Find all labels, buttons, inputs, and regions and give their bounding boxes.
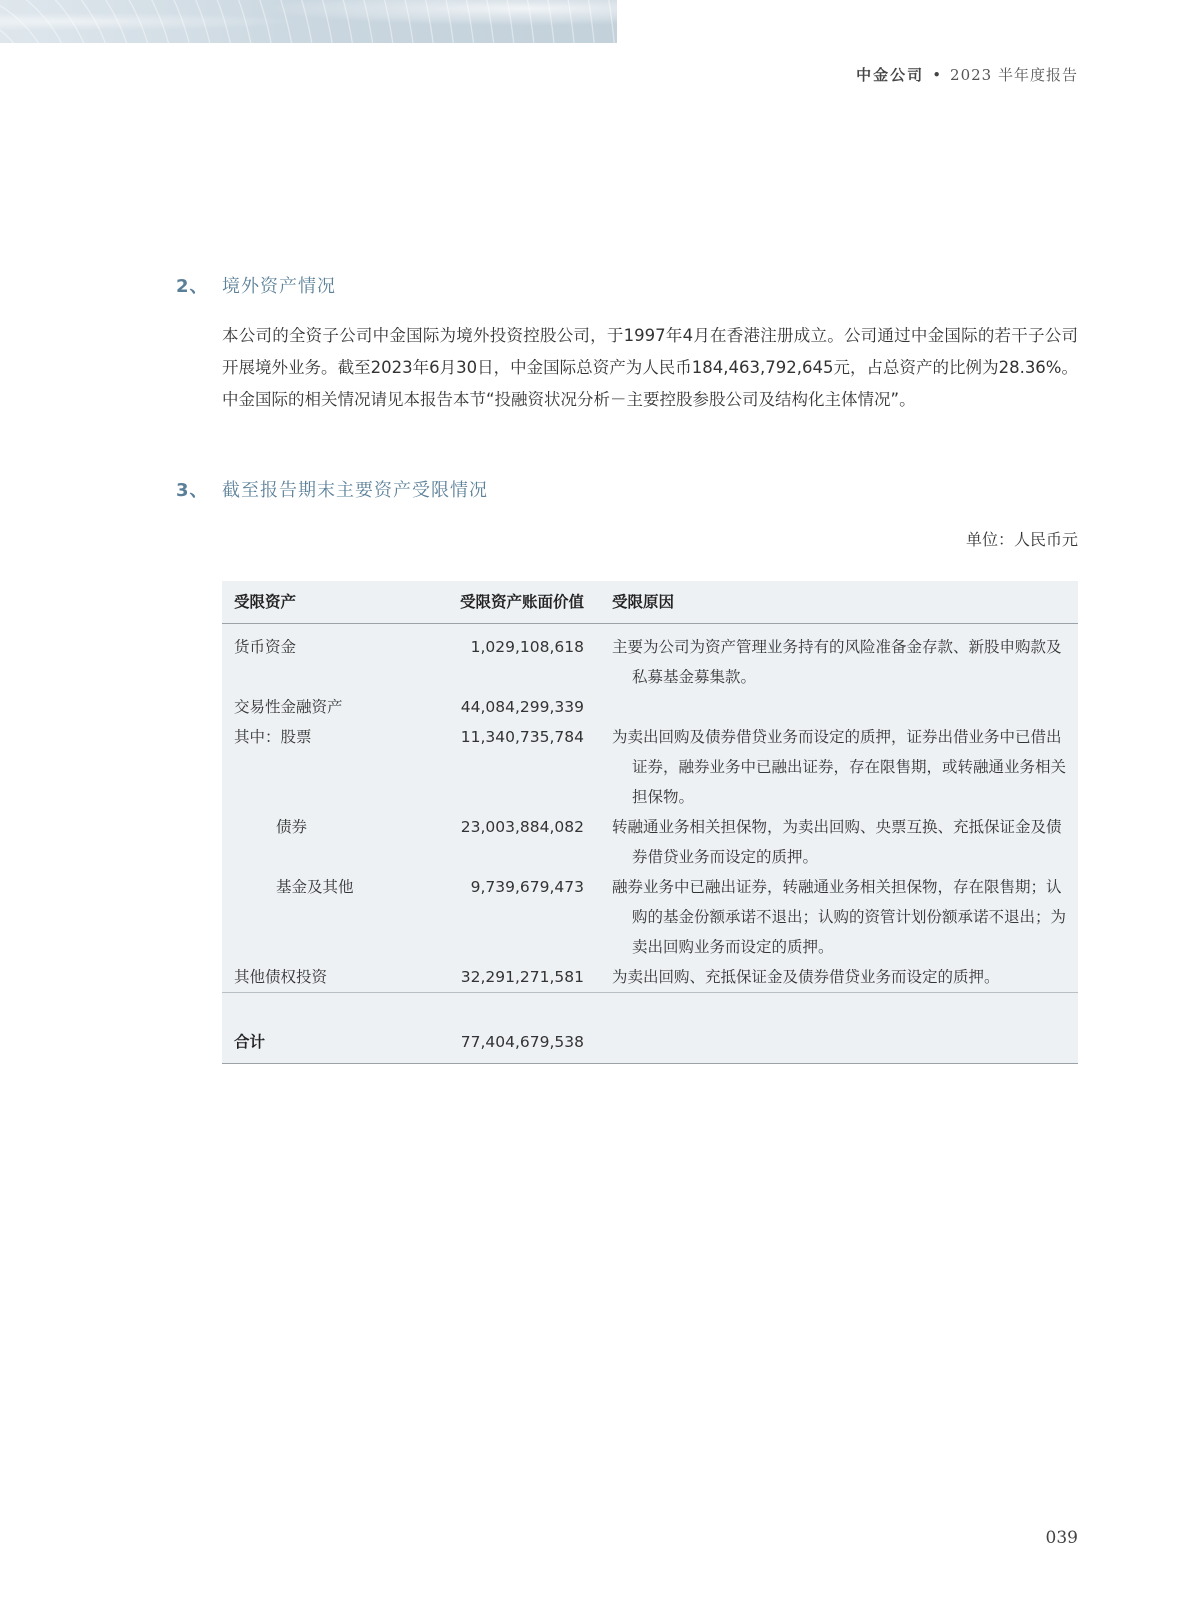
running-header: 中金公司•2023 半年度报告 [856, 64, 1078, 85]
column-header-value: 受限资产账面价值 [404, 581, 612, 624]
total-row: 合计 77,404,679,538 [222, 1027, 1078, 1064]
value-cell: 9,739,679,473 [404, 872, 612, 962]
table-row: 债券 23,003,884,082 转融通业务相关担保物，为卖出回购、央票互换、… [222, 812, 1078, 872]
total-reason-empty [612, 1027, 1078, 1064]
reason-cell: 为卖出回购、充抵保证金及债券借贷业务而设定的质押。 [612, 962, 1072, 992]
total-spacer-row [222, 993, 1078, 1028]
restricted-assets-table: 受限资产 受限资产账面价值 受限原因 货币资金 1,029,108,618 主要… [222, 581, 1078, 1064]
value-cell: 23,003,884,082 [404, 812, 612, 872]
asset-cell: 其他债权投资 [222, 962, 404, 993]
table-row: 其他债权投资 32,291,271,581 为卖出回购、充抵保证金及债券借贷业务… [222, 962, 1078, 993]
reason-cell: 主要为公司为资产管理业务持有的风险准备金存款、新股申购款及私募基金募集款。 [612, 632, 1072, 692]
section-heading-restricted-assets: 3、截至报告期末主要资产受限情况 [176, 476, 488, 502]
total-label: 合计 [222, 1027, 404, 1064]
value-cell: 32,291,271,581 [404, 962, 612, 993]
asset-cell: 货币资金 [222, 624, 404, 693]
header-banner-decoration [0, 0, 617, 43]
value-cell: 11,340,735,784 [404, 722, 612, 812]
reason-cell: 为卖出回购及债券借贷业务而设定的质押，证券出借业务中已借出证券，融券业务中已融出… [612, 722, 1072, 812]
total-value: 77,404,679,538 [404, 1027, 612, 1064]
asset-cell: 基金及其他 [222, 872, 404, 962]
value-cell: 1,029,108,618 [404, 624, 612, 693]
reason-cell: 融券业务中已融出证券，转融通业务相关担保物，存在限售期；认购的基金份额承诺不退出… [612, 872, 1072, 962]
column-header-asset: 受限资产 [222, 581, 404, 624]
table-row: 货币资金 1,029,108,618 主要为公司为资产管理业务持有的风险准备金存… [222, 624, 1078, 693]
value-cell: 44,084,299,339 [404, 692, 612, 722]
section-heading-overseas-assets: 2、境外资产情况 [176, 272, 336, 298]
overseas-assets-paragraph: 本公司的全资子公司中金国际为境外投资控股公司，于1997年4月在香港注册成立。公… [222, 320, 1078, 416]
section-number: 2、 [176, 272, 222, 298]
section-title: 境外资产情况 [222, 276, 336, 297]
asset-cell: 交易性金融资产 [222, 692, 404, 722]
company-name: 中金公司 [856, 66, 924, 84]
page-number: 039 [1046, 1528, 1078, 1548]
table-row: 其中：股票 11,340,735,784 为卖出回购及债券借贷业务而设定的质押，… [222, 722, 1078, 812]
section-title: 截至报告期末主要资产受限情况 [222, 480, 488, 501]
table-header-row: 受限资产 受限资产账面价值 受限原因 [222, 581, 1078, 624]
table-row: 基金及其他 9,739,679,473 融券业务中已融出证券，转融通业务相关担保… [222, 872, 1078, 962]
column-header-reason: 受限原因 [612, 581, 1078, 624]
separator-dot: • [932, 66, 942, 84]
reason-cell: 转融通业务相关担保物，为卖出回购、央票互换、充抵保证金及债券借贷业务而设定的质押… [612, 812, 1072, 872]
asset-cell: 其中：股票 [222, 722, 404, 812]
unit-label: 单位：人民币元 [966, 527, 1078, 550]
report-title: 2023 半年度报告 [950, 66, 1078, 84]
section-number: 3、 [176, 476, 222, 502]
asset-cell: 债券 [222, 812, 404, 872]
table-row: 交易性金融资产 44,084,299,339 [222, 692, 1078, 722]
